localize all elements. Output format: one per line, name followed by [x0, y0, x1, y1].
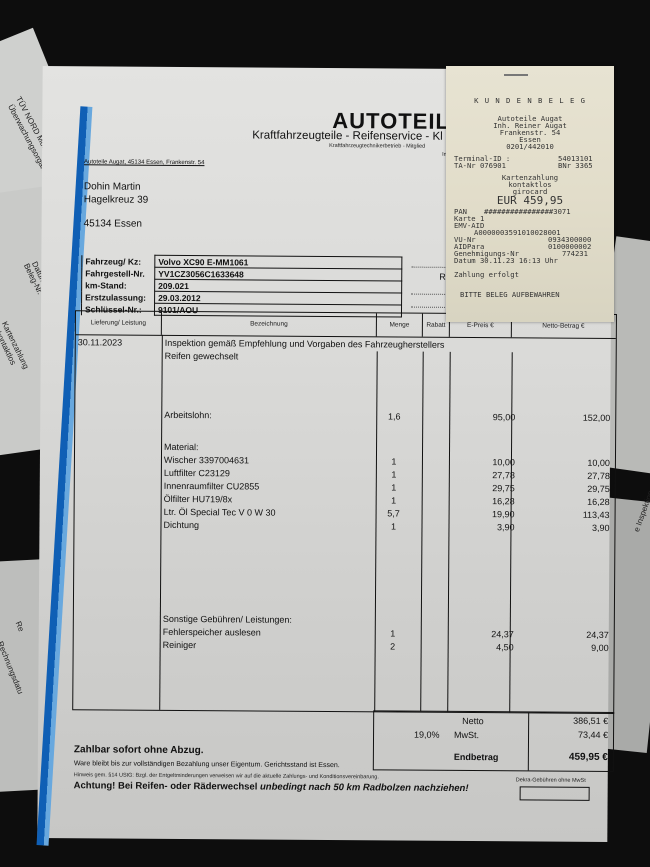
sender-line: Autoteile Augat, 45134 Essen, Frankenstr… — [84, 159, 204, 166]
row-unit-price: 29,75 — [455, 483, 515, 493]
row-unit-price: 95,00 — [455, 412, 515, 422]
tax-hint: Hinweis gem. §14 UStG: Bzgl. der Entgelt… — [74, 772, 379, 780]
total-label: Endbetrag — [454, 752, 499, 762]
table-row: Reifen gewechselt — [76, 350, 616, 367]
row-description: Wischer 3397004631 — [164, 455, 249, 466]
row-quantity: 1 — [374, 628, 412, 638]
row-unit-price: 24,37 — [454, 629, 514, 639]
row-description: Ltr. Öl Special Tec V 0 W 30 — [164, 507, 276, 518]
table-row: Reiniger24,509,00 — [74, 639, 614, 656]
receipt-ta-nr: TA-Nr 076901 — [454, 161, 506, 170]
row-quantity: 5,7 — [375, 508, 413, 518]
row-description: Innenraumfilter CU2855 — [164, 481, 260, 492]
vehicle-label: Erstzulassung: — [82, 291, 155, 304]
receipt-genehm: 774231 — [562, 249, 588, 258]
row-net-amount: 10,00 — [535, 457, 610, 468]
dekra-box — [520, 786, 590, 800]
row-quantity: 1,6 — [375, 411, 413, 421]
row-quantity: 1 — [375, 482, 413, 492]
row-net-amount — [536, 353, 611, 354]
receipt-title: K U N D E N B E L E G — [446, 96, 614, 105]
row-net-amount: 9,00 — [534, 642, 609, 653]
receipt-pan: ################3071 — [484, 207, 571, 216]
row-net-amount: 16,28 — [535, 496, 610, 507]
row-description: Sonstige Gebühren/ Leistungen: — [163, 614, 292, 625]
line-items-table: Lieferung/ Leistung Bezeichnung Menge Ra… — [72, 310, 617, 714]
company-subline: Kraftfahrzeugtechnikerbetrieb - Mitglied — [329, 143, 425, 150]
header-desc: Bezeichnung — [162, 312, 377, 337]
wheel-warning-bold: Achtung! Bei Reifen- oder Räderwechsel — [74, 780, 260, 792]
row-description: Luftfilter C23129 — [164, 468, 230, 478]
row-description: Dichtung — [163, 520, 199, 530]
row-net-amount: 27,78 — [535, 470, 610, 481]
row-net-amount: 24,37 — [534, 629, 609, 640]
receipt-note: BITTE BELEG AUFBEWAHREN — [460, 290, 560, 299]
vehicle-label: Fahrgestell-Nr. — [82, 267, 155, 280]
vehicle-label: Fahrzeug/ Kz: — [82, 255, 155, 268]
totals-box: Netto 386,51 € 19,0% MwSt. 73,44 € Endbe… — [373, 710, 614, 772]
row-quantity: 1 — [375, 469, 413, 479]
header-qty: Menge — [377, 313, 423, 336]
row-net-amount — [536, 340, 611, 341]
header-date: Lieferung/ Leistung — [76, 311, 162, 335]
row-net-amount: 3,90 — [534, 522, 609, 533]
row-description: Arbeitslohn: — [164, 410, 212, 420]
netto-label: Netto — [462, 716, 484, 726]
ownership-note: Ware bleibt bis zur vollständigen Bezahl… — [74, 760, 340, 769]
row-quantity: 1 — [374, 521, 412, 531]
vehicle-table: Fahrzeug/ Kz:Volvo XC90 E-MM1061 Fahrges… — [81, 254, 402, 317]
wheel-warning-italic: unbedingt nach 50 km Radbolzen nachziehe… — [260, 782, 469, 794]
row-quantity: 1 — [375, 495, 413, 505]
row-description: Reiniger — [163, 640, 197, 650]
netto-value: 386,51 € — [573, 716, 608, 726]
recipient-name: Dohin Martin — [84, 181, 141, 192]
row-net-amount: 152,00 — [535, 412, 610, 423]
row-unit-price: 16,28 — [455, 496, 515, 506]
row-unit-price: 3,90 — [454, 522, 514, 532]
row-quantity: 2 — [374, 641, 412, 651]
row-net-amount: 29,75 — [535, 483, 610, 494]
receipt-datum: Datum 30.11.23 16:13 Uhr — [454, 256, 558, 265]
payment-terms: Zahlbar sofort ohne Abzug. — [74, 744, 204, 756]
row-description: Reifen gewechselt — [165, 351, 239, 362]
vat-value: 73,44 € — [578, 730, 608, 740]
recipient-city: 45134 Essen — [84, 218, 142, 229]
row-unit-price: 19,90 — [455, 509, 515, 519]
row-description: Material: — [164, 442, 199, 452]
vehicle-label: km-Stand: — [82, 279, 155, 292]
row-unit-price: 10,00 — [455, 457, 515, 467]
row-description: Fehlerspeicher auslesen — [163, 627, 261, 638]
totals-divider — [528, 712, 529, 770]
staple-icon — [504, 74, 528, 76]
row-quantity: 1 — [375, 456, 413, 466]
row-unit-price: 27,78 — [455, 470, 515, 480]
dekra-label: Dekra-Gebühren ohne MwSt — [516, 777, 586, 783]
card-receipt: K U N D E N B E L E G Autoteile Augat In… — [446, 66, 614, 322]
row-net-amount: 113,43 — [535, 509, 610, 520]
recipient-street: Hagelkreuz 39 — [84, 194, 149, 205]
row-net-amount — [534, 616, 609, 617]
receipt-merchant: 0201/442010 — [446, 142, 614, 151]
row-unit-price: 4,50 — [454, 642, 514, 652]
table-row: Arbeitslohn:1,695,00152,00 — [75, 409, 615, 426]
row-net-amount — [535, 444, 610, 445]
receipt-status: Zahlung erfolgt — [454, 270, 519, 279]
wheel-warning: Achtung! Bei Reifen- oder Räderwechsel u… — [74, 780, 469, 794]
row-description: Inspektion gemäß Empfehlung und Vorgaben… — [165, 338, 445, 350]
vat-rate: 19,0% — [414, 730, 440, 740]
row-date: 30.11.2023 — [78, 337, 122, 347]
total-value: 459,95 € — [569, 752, 608, 763]
company-tagline: Kraftfahrzeugteile - Reifenservice - Kl — [252, 129, 443, 142]
receipt-bnr: BNr 3365 — [558, 161, 593, 170]
row-description: Ölfilter HU719/8x — [164, 494, 233, 504]
vat-label: MwSt. — [454, 730, 479, 740]
table-row: Dichtung13,903,90 — [74, 519, 614, 536]
receipt-amount: EUR 459,95 — [446, 194, 614, 207]
